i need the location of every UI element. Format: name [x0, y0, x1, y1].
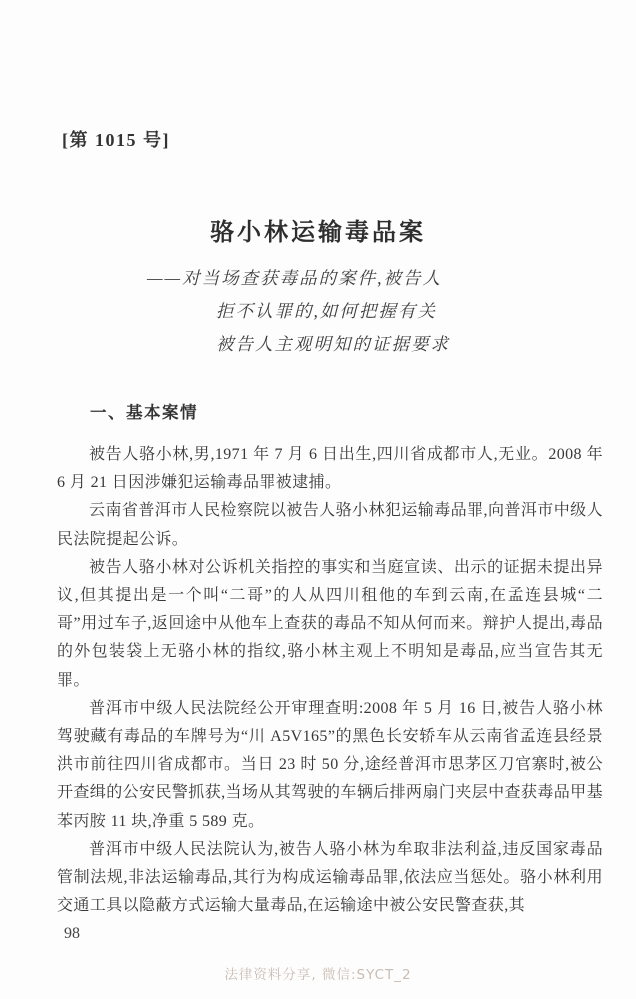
paragraph-court-opinion: 普洱市中级人民法院认为,被告人骆小林为牟取非法利益,违反国家毒品管制法规,非法运…	[57, 836, 603, 921]
subtitle-line-1: ——对当场查获毒品的案件,被告人	[147, 262, 450, 295]
paragraph-defense: 被告人骆小林对公诉机关指控的事实和当庭宣读、出示的证据未提出异议,但其提出是一个…	[57, 554, 603, 695]
case-body: 被告人骆小林,男,1971 年 7 月 6 日出生,四川省成都市人,无业。200…	[57, 441, 603, 920]
case-number: [第 1015 号]	[62, 126, 170, 152]
page-number: 98	[64, 925, 80, 943]
case-subtitle: ——对当场查获毒品的案件,被告人 拒不认罪的,如何把握有关 被告人主观明知的证据…	[147, 262, 450, 361]
footer-watermark: 法律资料分享, 微信:SYCT_2	[0, 963, 636, 983]
subtitle-line-3: 被告人主观明知的证据要求	[147, 328, 450, 361]
section-heading: 一、基本案情	[90, 399, 198, 423]
book-page: [第 1015 号] 骆小林运输毒品案 ——对当场查获毒品的案件,被告人 拒不认…	[0, 0, 636, 999]
paragraph-court-findings: 普洱市中级人民法院经公开审理查明:2008 年 5 月 16 日,被告人骆小林驾…	[57, 695, 603, 836]
case-title: 骆小林运输毒品案	[0, 212, 636, 247]
subtitle-line-2: 拒不认罪的,如何把握有关	[147, 295, 450, 328]
paragraph-defendant-info: 被告人骆小林,男,1971 年 7 月 6 日出生,四川省成都市人,无业。200…	[57, 441, 603, 497]
paragraph-prosecution: 云南省普洱市人民检察院以被告人骆小林犯运输毒品罪,向普洱市中级人民法院提起公诉。	[57, 497, 603, 553]
